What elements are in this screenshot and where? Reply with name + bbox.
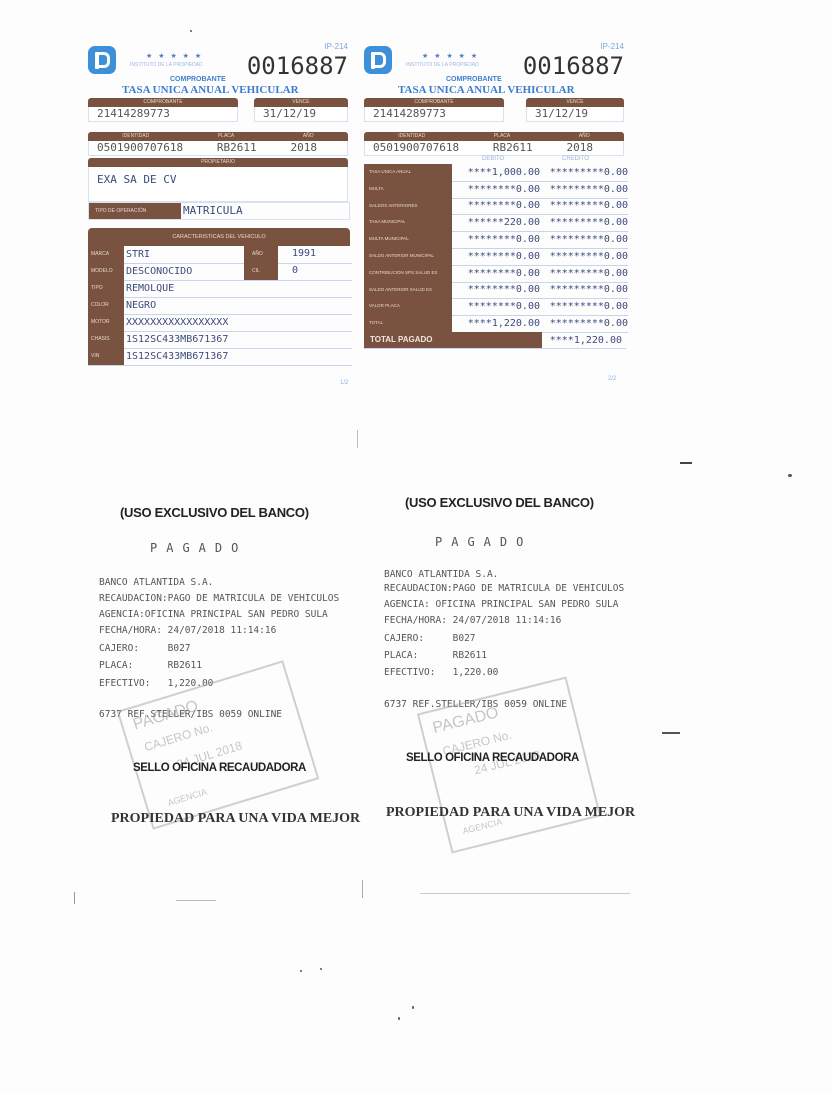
fecha-hora-line: FECHA/HORA: 24/07/2018 11:14:16: [384, 615, 561, 626]
institution-name: INSTITUTO DE LA PROPIEDAD: [406, 62, 479, 68]
bank-heading: (USO EXCLUSIVO DEL BANCO): [120, 505, 309, 520]
vehicle-row-label: MOTOR: [88, 314, 124, 331]
vehicle-section-title: CARACTERISTICAS DEL VEHICULO: [88, 228, 350, 246]
paid-status: PAGADO: [435, 535, 532, 549]
fee-debito: ********0.00: [452, 200, 540, 211]
fecha-hora-line: FECHA/HORA: 24/07/2018 11:14:16: [99, 625, 276, 636]
vehicle-anio-label: AÑO: [244, 246, 278, 263]
vehicle-row: VIN1S12SC433MB671367: [88, 348, 352, 366]
form-code: IP-214: [600, 42, 624, 51]
fold-mark: [357, 430, 358, 448]
fold-mark: [74, 892, 75, 904]
vehicle-cil-value: 0: [292, 265, 298, 276]
slogan: PROPIEDAD PARA UNA VIDA MEJOR: [111, 811, 360, 827]
stars-decoration: ★ ★ ★ ★ ★: [146, 52, 203, 60]
anio-label: AÑO: [579, 132, 590, 141]
fee-label: TOTAL: [364, 315, 452, 332]
receipt-number: 0016887: [523, 52, 624, 80]
scan-speck: [412, 1006, 414, 1009]
identidad-label: IDENTIDAD: [398, 132, 425, 141]
propietario-field: PROPIETARIO EXA SA DE CV: [88, 158, 348, 202]
cajero-line: CAJERO: B027: [384, 633, 476, 644]
institution-name: INSTITUTO DE LA PROPIEDAD: [130, 62, 203, 68]
scan-speck: [680, 462, 692, 464]
fee-debito: ********0.00: [452, 234, 540, 245]
vehicle-row: TIPOREMOLQUE: [88, 280, 352, 298]
placa-value: RB2611: [217, 141, 257, 155]
total-pagado-label: TOTAL PAGADO: [364, 332, 542, 348]
scan-speck: [662, 732, 680, 734]
fee-row: MULTA********0.00*********0.00: [364, 181, 628, 199]
sello-caption: SELLO OFICINA RECAUDADORA: [133, 762, 306, 774]
fee-row: SALDOS ANTERIORES********0.00*********0.…: [364, 198, 628, 216]
anio-value: 2018: [291, 141, 318, 155]
identidad-label: IDENTIDAD: [122, 132, 149, 141]
vehicle-row-label: VIN: [88, 348, 124, 365]
fee-label: TASA MUNICIPAL: [364, 214, 452, 231]
vence-value: 31/12/19: [526, 107, 624, 122]
fee-credito: *********0.00: [540, 251, 628, 262]
vehicle-row-label: CHASIS: [88, 331, 124, 348]
fee-debito: ********0.00: [452, 184, 540, 195]
agencia-line: AGENCIA:OFICINA PRINCIPAL SAN PEDRO SULA: [99, 609, 328, 620]
vehicle-row: MOTORXXXXXXXXXXXXXXXXX: [88, 314, 352, 332]
vehicle-row-label: COLOR: [88, 297, 124, 314]
scan-speck: [788, 474, 792, 477]
efectivo-line: EFECTIVO: 1,220.00: [384, 667, 498, 678]
propietario-label: PROPIETARIO: [88, 158, 348, 167]
recaudacion-line: RECAUDACION:PAGO DE MATRICULA DE VEHICUL…: [99, 593, 339, 604]
fee-row: SALDO ANTERIOR SALUD EX********0.00*****…: [364, 282, 628, 300]
identidad-value: 0501900707618: [97, 141, 183, 155]
fee-label: MULTA: [364, 181, 452, 198]
fold-mark: [362, 880, 363, 898]
ip-logo-icon: [88, 46, 116, 74]
fee-label: VALOR PLACA: [364, 298, 452, 315]
debito-header: DEBITO: [482, 156, 504, 162]
fee-credito: *********0.00: [540, 268, 628, 279]
bank-name: BANCO ATLANTIDA S.A.: [99, 577, 213, 588]
slogan: PROPIEDAD PARA UNA VIDA MEJOR: [386, 805, 635, 821]
comprobante-caption: COMPROBANTE: [446, 76, 502, 83]
fee-debito: ******220.00: [452, 217, 540, 228]
receipt-title: TASA UNICA ANUAL VEHICULAR: [122, 84, 299, 96]
vence-label: VENCE: [254, 98, 348, 107]
placa-line: PLACA: RB2611: [99, 660, 202, 671]
fee-credito: *********0.00: [540, 234, 628, 245]
vehicle-section: CARACTERISTICAS DEL VEHICULO MARCASTRIMO…: [88, 228, 350, 368]
tipo-operacion-field: TIPO DE OPERACIÓN MATRICULA: [88, 202, 350, 220]
vehicle-row-label: MARCA: [88, 246, 124, 263]
fee-credito: *********0.00: [540, 318, 628, 329]
propietario-value: EXA SA DE CV: [88, 167, 348, 202]
placa-label: PLACA: [218, 132, 234, 141]
fee-label: SALDO ANTERIOR SALUD EX: [364, 282, 452, 299]
comprobante-label: COMPROBANTE: [88, 98, 238, 107]
comprobante-value: 21414289773: [364, 107, 504, 122]
receipt-page-1: ★ ★ ★ ★ ★ INSTITUTO DE LA PROPIEDAD IP-2…: [86, 42, 354, 98]
scan-speck: [190, 30, 192, 32]
fee-credito: *********0.00: [540, 284, 628, 295]
scan-speck: [300, 970, 302, 972]
fee-row: SALDO ANTERIOR MUNICIPAL********0.00****…: [364, 248, 628, 266]
vehicle-row-label: MODELO: [88, 263, 124, 280]
anio-label: AÑO: [303, 132, 314, 141]
fee-row: VALOR PLACA********0.00*********0.00: [364, 298, 628, 316]
vehicle-row-value: NEGRO: [124, 300, 156, 311]
paid-status: PAGADO: [150, 541, 247, 555]
vehicle-row: MODELODESCONOCIDO: [88, 263, 352, 281]
page-number: 2/2: [608, 376, 616, 382]
vence-field: VENCE 31/12/19: [526, 98, 624, 122]
recaudacion-line: RECAUDACION:PAGO DE MATRICULA DE VEHICUL…: [384, 583, 624, 594]
comprobante-caption: COMPROBANTE: [170, 76, 226, 83]
fee-label: SALDOS ANTERIORES: [364, 198, 452, 215]
comprobante-field: COMPROBANTE 21414289773: [364, 98, 504, 122]
vehicle-row-label: TIPO: [88, 280, 124, 297]
stars-decoration: ★ ★ ★ ★ ★: [422, 52, 479, 60]
sello-caption: SELLO OFICINA RECAUDADORA: [406, 752, 579, 764]
total-pagado-value: ****1,220.00: [542, 335, 622, 346]
vehicle-cil-label: CIL: [244, 263, 278, 280]
receipt-title: TASA UNICA ANUAL VEHICULAR: [398, 84, 575, 96]
receipt-page-2: ★ ★ ★ ★ ★ INSTITUTO DE LA PROPIEDAD IP-2…: [362, 42, 630, 98]
fee-credito: *********0.00: [540, 217, 628, 228]
vehicle-row: COLORNEGRO: [88, 297, 352, 315]
agencia-line: AGENCIA: OFICINA PRINCIPAL SAN PEDRO SUL…: [384, 599, 619, 610]
fee-credito: *********0.00: [540, 200, 628, 211]
fee-row: TASA UNICA ANUAL****1,000.00*********0.0…: [364, 164, 628, 182]
vehicle-anio-value: 1991: [292, 248, 316, 259]
fee-row: TOTAL****1,220.00*********0.00: [364, 315, 628, 333]
fee-credito: *********0.00: [540, 167, 628, 178]
receipt-header: ★ ★ ★ ★ ★ INSTITUTO DE LA PROPIEDAD IP-2…: [86, 42, 354, 98]
page-number: 1/2: [340, 380, 348, 386]
scan-speck: [398, 1017, 400, 1020]
vehicle-row-value: STRI: [124, 249, 150, 260]
scan-speck: [320, 968, 322, 970]
placa-line: PLACA: RB2611: [384, 650, 487, 661]
fee-debito: ****1,220.00: [452, 318, 540, 329]
placa-value: RB2611: [493, 141, 533, 155]
vehicle-row-value: 1S12SC433MB671367: [124, 351, 228, 362]
fee-row: CONTRIBUCION SPS SALUD EX********0.00***…: [364, 265, 628, 283]
comprobante-value: 21414289773: [88, 107, 238, 122]
fee-row: MULTA MUNICIPAL********0.00*********0.00: [364, 231, 628, 249]
anio-value: 2018: [567, 141, 594, 155]
fee-row: TASA MUNICIPAL******220.00*********0.00: [364, 214, 628, 232]
identidad-row: IDENTIDAD PLACA AÑO 0501900707618 RB2611…: [88, 132, 348, 156]
fee-label: CONTRIBUCION SPS SALUD EX: [364, 265, 452, 282]
identidad-row: IDENTIDAD PLACA AÑO 0501900707618 RB2611…: [364, 132, 624, 156]
fee-debito: ********0.00: [452, 284, 540, 295]
vence-field: VENCE 31/12/19: [254, 98, 348, 122]
receipt-number: 0016887: [247, 52, 348, 80]
tipo-operacion-label: TIPO DE OPERACIÓN: [89, 203, 181, 219]
fee-label: MULTA MUNICIPAL: [364, 231, 452, 248]
placa-label: PLACA: [494, 132, 510, 141]
fee-debito: ********0.00: [452, 268, 540, 279]
fee-table: TASA UNICA ANUAL****1,000.00*********0.0…: [364, 164, 626, 354]
cajero-line: CAJERO: B027: [99, 643, 191, 654]
ip-logo-icon: [364, 46, 392, 74]
fee-label: SALDO ANTERIOR MUNICIPAL: [364, 248, 452, 265]
fee-debito: ********0.00: [452, 301, 540, 312]
vehicle-row-value: DESCONOCIDO: [124, 266, 192, 277]
fold-line: [176, 900, 216, 901]
credito-header: CREDITO: [562, 156, 589, 162]
total-pagado-row: TOTAL PAGADO ****1,220.00: [364, 332, 626, 349]
bank-name: BANCO ATLANTIDA S.A.: [384, 569, 498, 580]
fee-credito: *********0.00: [540, 301, 628, 312]
fold-line: [420, 893, 630, 894]
fee-debito: ********0.00: [452, 251, 540, 262]
comprobante-label: COMPROBANTE: [364, 98, 504, 107]
form-code: IP-214: [324, 42, 348, 51]
vehicle-row-value: 1S12SC433MB671367: [124, 334, 228, 345]
vehicle-row: CHASIS1S12SC433MB671367: [88, 331, 352, 349]
vehicle-row-value: XXXXXXXXXXXXXXXXX: [124, 317, 228, 328]
fee-label: TASA UNICA ANUAL: [364, 164, 452, 181]
tipo-operacion-value: MATRICULA: [181, 203, 243, 219]
vehicle-row-value: REMOLQUE: [124, 283, 174, 294]
receipt-header: ★ ★ ★ ★ ★ INSTITUTO DE LA PROPIEDAD IP-2…: [362, 42, 630, 98]
bank-heading: (USO EXCLUSIVO DEL BANCO): [405, 495, 594, 510]
vence-value: 31/12/19: [254, 107, 348, 122]
fee-debito: ****1,000.00: [452, 167, 540, 178]
vence-label: VENCE: [526, 98, 624, 107]
identidad-value: 0501900707618: [373, 141, 459, 155]
comprobante-field: COMPROBANTE 21414289773: [88, 98, 238, 122]
fee-credito: *********0.00: [540, 184, 628, 195]
